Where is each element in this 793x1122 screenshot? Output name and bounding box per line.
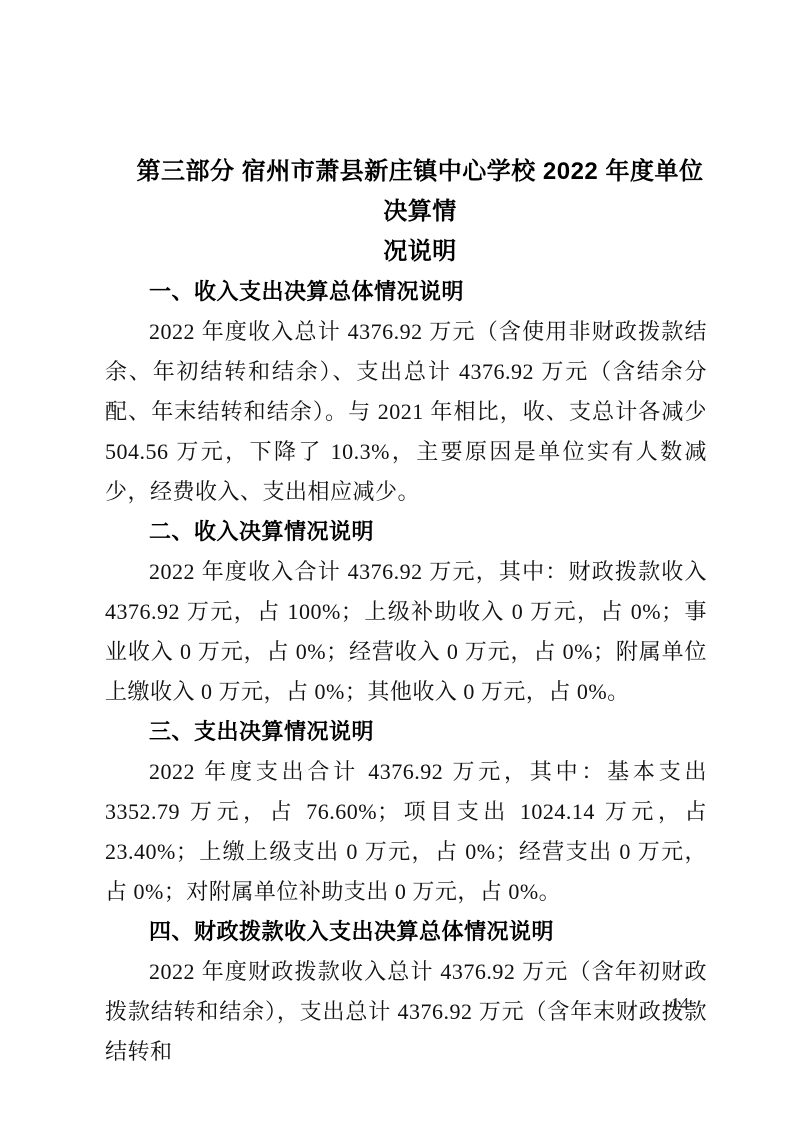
section-2-paragraph: 2022 年度收入合计 4376.92 万元，其中：财政拨款收入 4376.92…	[105, 552, 707, 712]
section-3-paragraph: 2022 年度支出合计 4376.92 万元，其中：基本支出 3352.79 万…	[105, 752, 707, 912]
document-title-line-1: 第三部分 宿州市萧县新庄镇中心学校 2022 年度单位决算情	[133, 152, 707, 232]
document-page: 第三部分 宿州市萧县新庄镇中心学校 2022 年度单位决算情 况说明 一、收入支…	[0, 0, 793, 1122]
section-4-paragraph: 2022 年度财政拨款收入总计 4376.92 万元（含年初财政拨款结转和结余）…	[105, 952, 707, 1072]
section-1-heading: 一、收入支出决算总体情况说明	[105, 272, 707, 312]
document-title: 第三部分 宿州市萧县新庄镇中心学校 2022 年度单位决算情 况说明	[105, 152, 707, 272]
section-3-heading: 三、支出决算情况说明	[105, 712, 707, 752]
section-1-paragraph: 2022 年度收入总计 4376.92 万元（含使用非财政拨款结余、年初结转和结…	[105, 312, 707, 512]
page-number: -14-	[665, 994, 695, 1015]
document-title-line-2: 况说明	[133, 232, 707, 272]
document-content: 第三部分 宿州市萧县新庄镇中心学校 2022 年度单位决算情 况说明 一、收入支…	[0, 0, 793, 1072]
section-4-heading: 四、财政拨款收入支出决算总体情况说明	[105, 912, 707, 952]
section-2-heading: 二、收入决算情况说明	[105, 512, 707, 552]
